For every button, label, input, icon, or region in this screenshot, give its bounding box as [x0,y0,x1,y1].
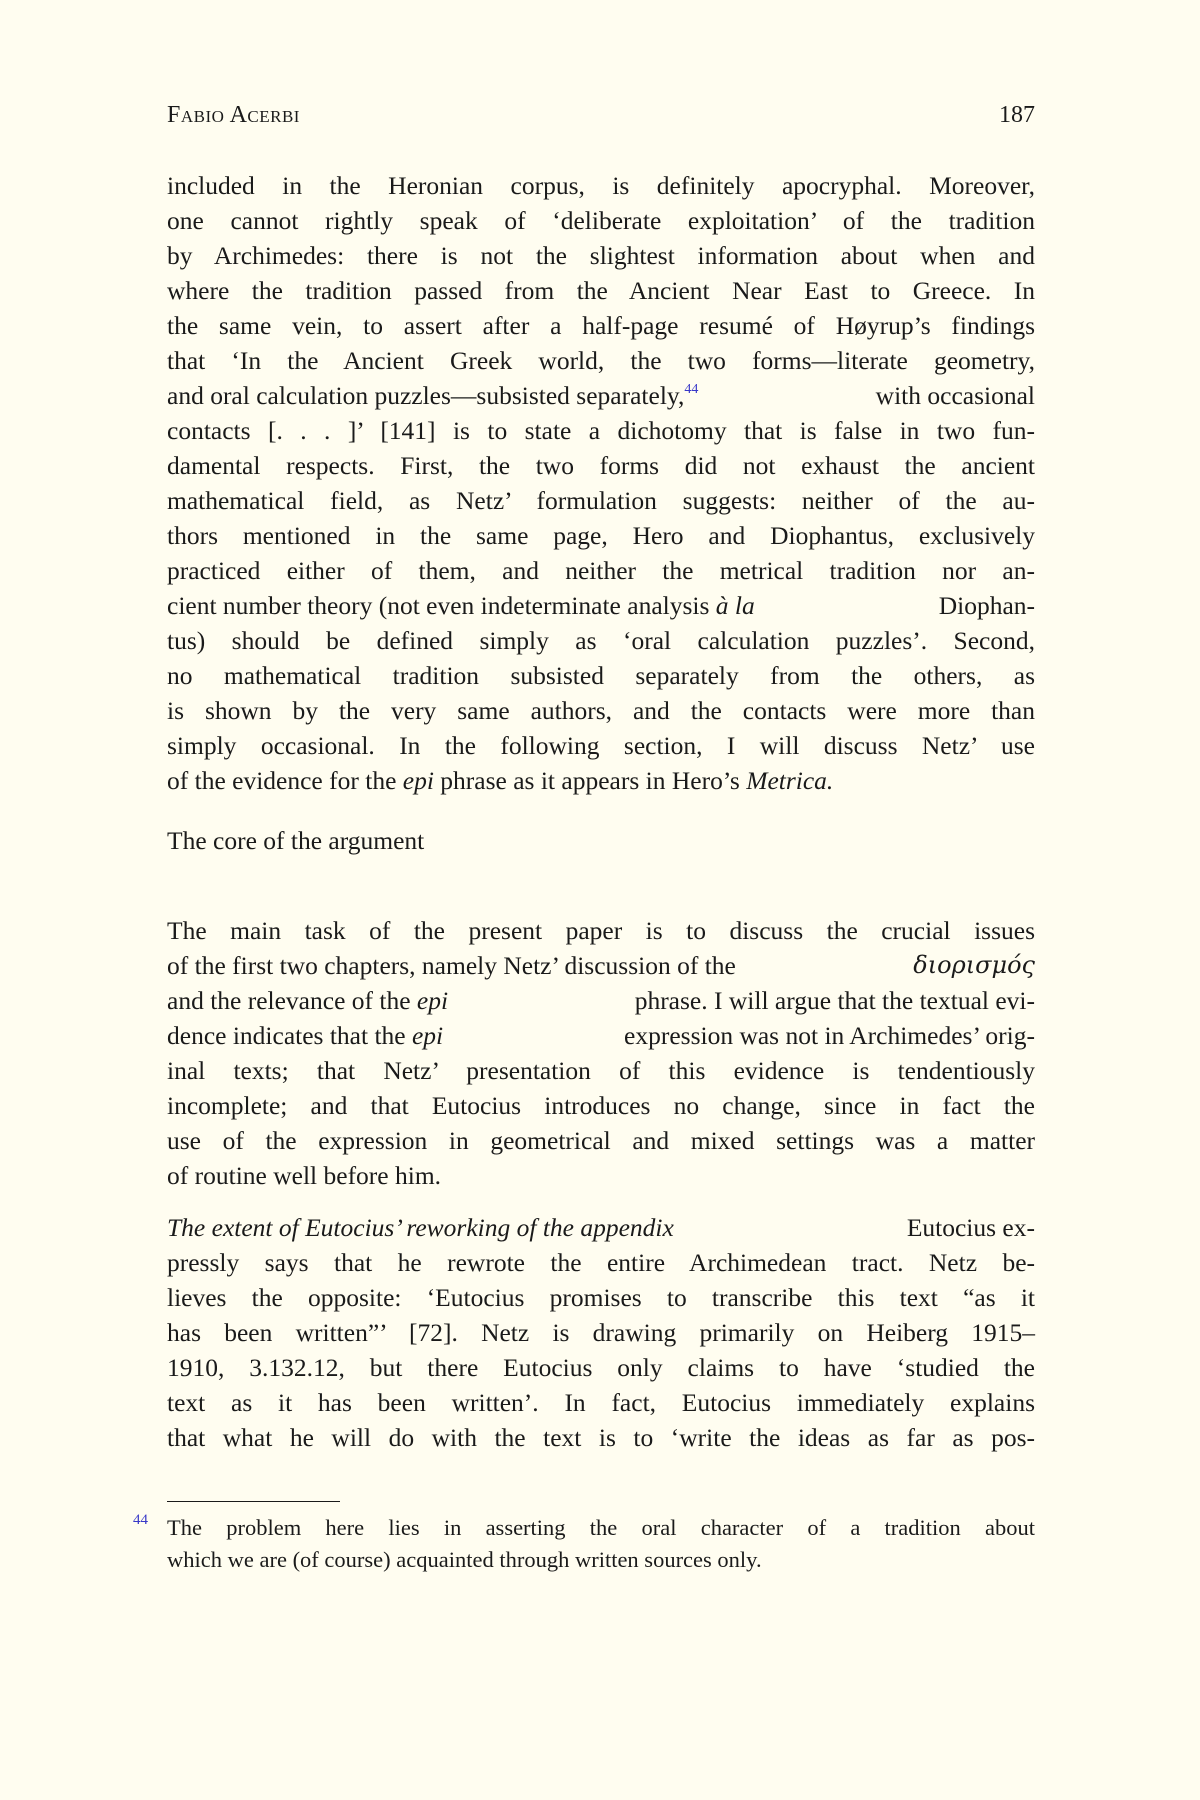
text-line: where the tradition passed from the Anci… [167,273,1035,308]
greek-term: διορισμός [913,948,1035,983]
text-line: the same vein, to assert after a half-pa… [167,308,1035,343]
text-segment: and oral calculation puzzles—subsisted s… [167,381,684,410]
text-line: by Archimedes: there is not the slightes… [167,238,1035,273]
running-head: Fabio Acerbi 187 [167,100,1035,130]
text-line: is shown by the very same authors, and t… [167,693,1035,728]
text-line: pressly says that he rewrote the entire … [167,1245,1035,1280]
run-in-heading: The extent of Eutocius’ reworking of the… [167,1210,674,1245]
text-line: contacts [. . . ]’ [141] is to state a d… [167,413,1035,448]
footnote-rule [167,1501,340,1502]
running-head-author: Fabio Acerbi [167,100,300,130]
text-segment: and the relevance of the [167,986,417,1015]
text-line: of routine well before him. [167,1158,1035,1193]
footnote-44: 44 The problem here lies in asserting th… [167,1512,1035,1576]
paragraph-3: The extent of Eutocius’ reworking of the… [167,1210,1035,1455]
text-segment: cient number theory (not even indetermin… [167,591,716,620]
text-line: use of the expression in geometrical and… [167,1123,1035,1158]
text-line: and the relevance of the epi phrase. I w… [167,983,1035,1018]
text-line: tus) should be defined simply as ‘oral c… [167,623,1035,658]
text-segment: with occasional [869,378,1035,413]
footnote-number: 44 [133,1504,148,1536]
text-segment: dence indicates that the [167,1021,412,1050]
section-heading: The core of the argument [167,823,424,858]
text-line: has been written”’ [72]. Netz is drawing… [167,1315,1035,1350]
text-line: lieves the opposite: ‘Eutocius promises … [167,1280,1035,1315]
text-line: and oral calculation puzzles—subsisted s… [167,378,1035,413]
text-line: one cannot rightly speak of ‘deliberate … [167,203,1035,238]
text-line: cient number theory (not even indetermin… [167,588,1035,623]
italic-phrase: epi [403,766,434,795]
text-line: 1910, 3.132.12, but there Eutocius only … [167,1350,1035,1385]
page-number: 187 [999,100,1035,130]
text-line: The main task of the present paper is to… [167,913,1035,948]
paragraph-1: included in the Heronian corpus, is defi… [167,168,1035,798]
italic-phrase: à la [716,591,755,620]
text-segment: phrase as it appears in Hero’s [434,766,746,795]
footnote-line: which we are (of course) acquainted thro… [167,1544,1035,1576]
text-segment: of the first two chapters, namely Netz’ … [167,948,742,983]
text-segment: expression was not in Archimedes’ orig- [618,1018,1035,1053]
text-line: thors mentioned in the same page, Hero a… [167,518,1035,553]
text-line: dence indicates that the epi expression … [167,1018,1035,1053]
text-line: inal texts; that Netz’ presentation of t… [167,1053,1035,1088]
text-line: that ‘In the Ancient Greek world, the tw… [167,343,1035,378]
text-line: no mathematical tradition subsisted sepa… [167,658,1035,693]
text-segment: phrase. I will argue that the textual ev… [628,983,1035,1018]
text-line: damental respects. First, the two forms … [167,448,1035,483]
text-line: incomplete; and that Eutocius introduces… [167,1088,1035,1123]
text-segment: Diophan- [932,588,1035,623]
text-line: simply occasional. In the following sect… [167,728,1035,763]
footnote-line: The problem here lies in asserting the o… [167,1512,1035,1544]
text-line: practiced either of them, and neither th… [167,553,1035,588]
italic-phrase: epi [412,1021,443,1050]
text-segment: Eutocius ex- [907,1210,1035,1245]
text-segment: of the evidence for the [167,766,403,795]
paragraph-2: The main task of the present paper is to… [167,913,1035,1193]
text-line: of the evidence for the epi phrase as it… [167,763,1035,798]
text-line: mathematical field, as Netz’ formulation… [167,483,1035,518]
text-line: of the first two chapters, namely Netz’ … [167,948,1035,983]
italic-phrase: epi [417,986,448,1015]
text-line: that what he will do with the text is to… [167,1420,1035,1455]
text-line: text as it has been written’. In fact, E… [167,1385,1035,1420]
italic-title: Metrica. [746,766,833,795]
text-line: included in the Heronian corpus, is defi… [167,168,1035,203]
text-line: The extent of Eutocius’ reworking of the… [167,1210,1035,1245]
footnote-reference-44[interactable]: 44 [684,382,698,397]
